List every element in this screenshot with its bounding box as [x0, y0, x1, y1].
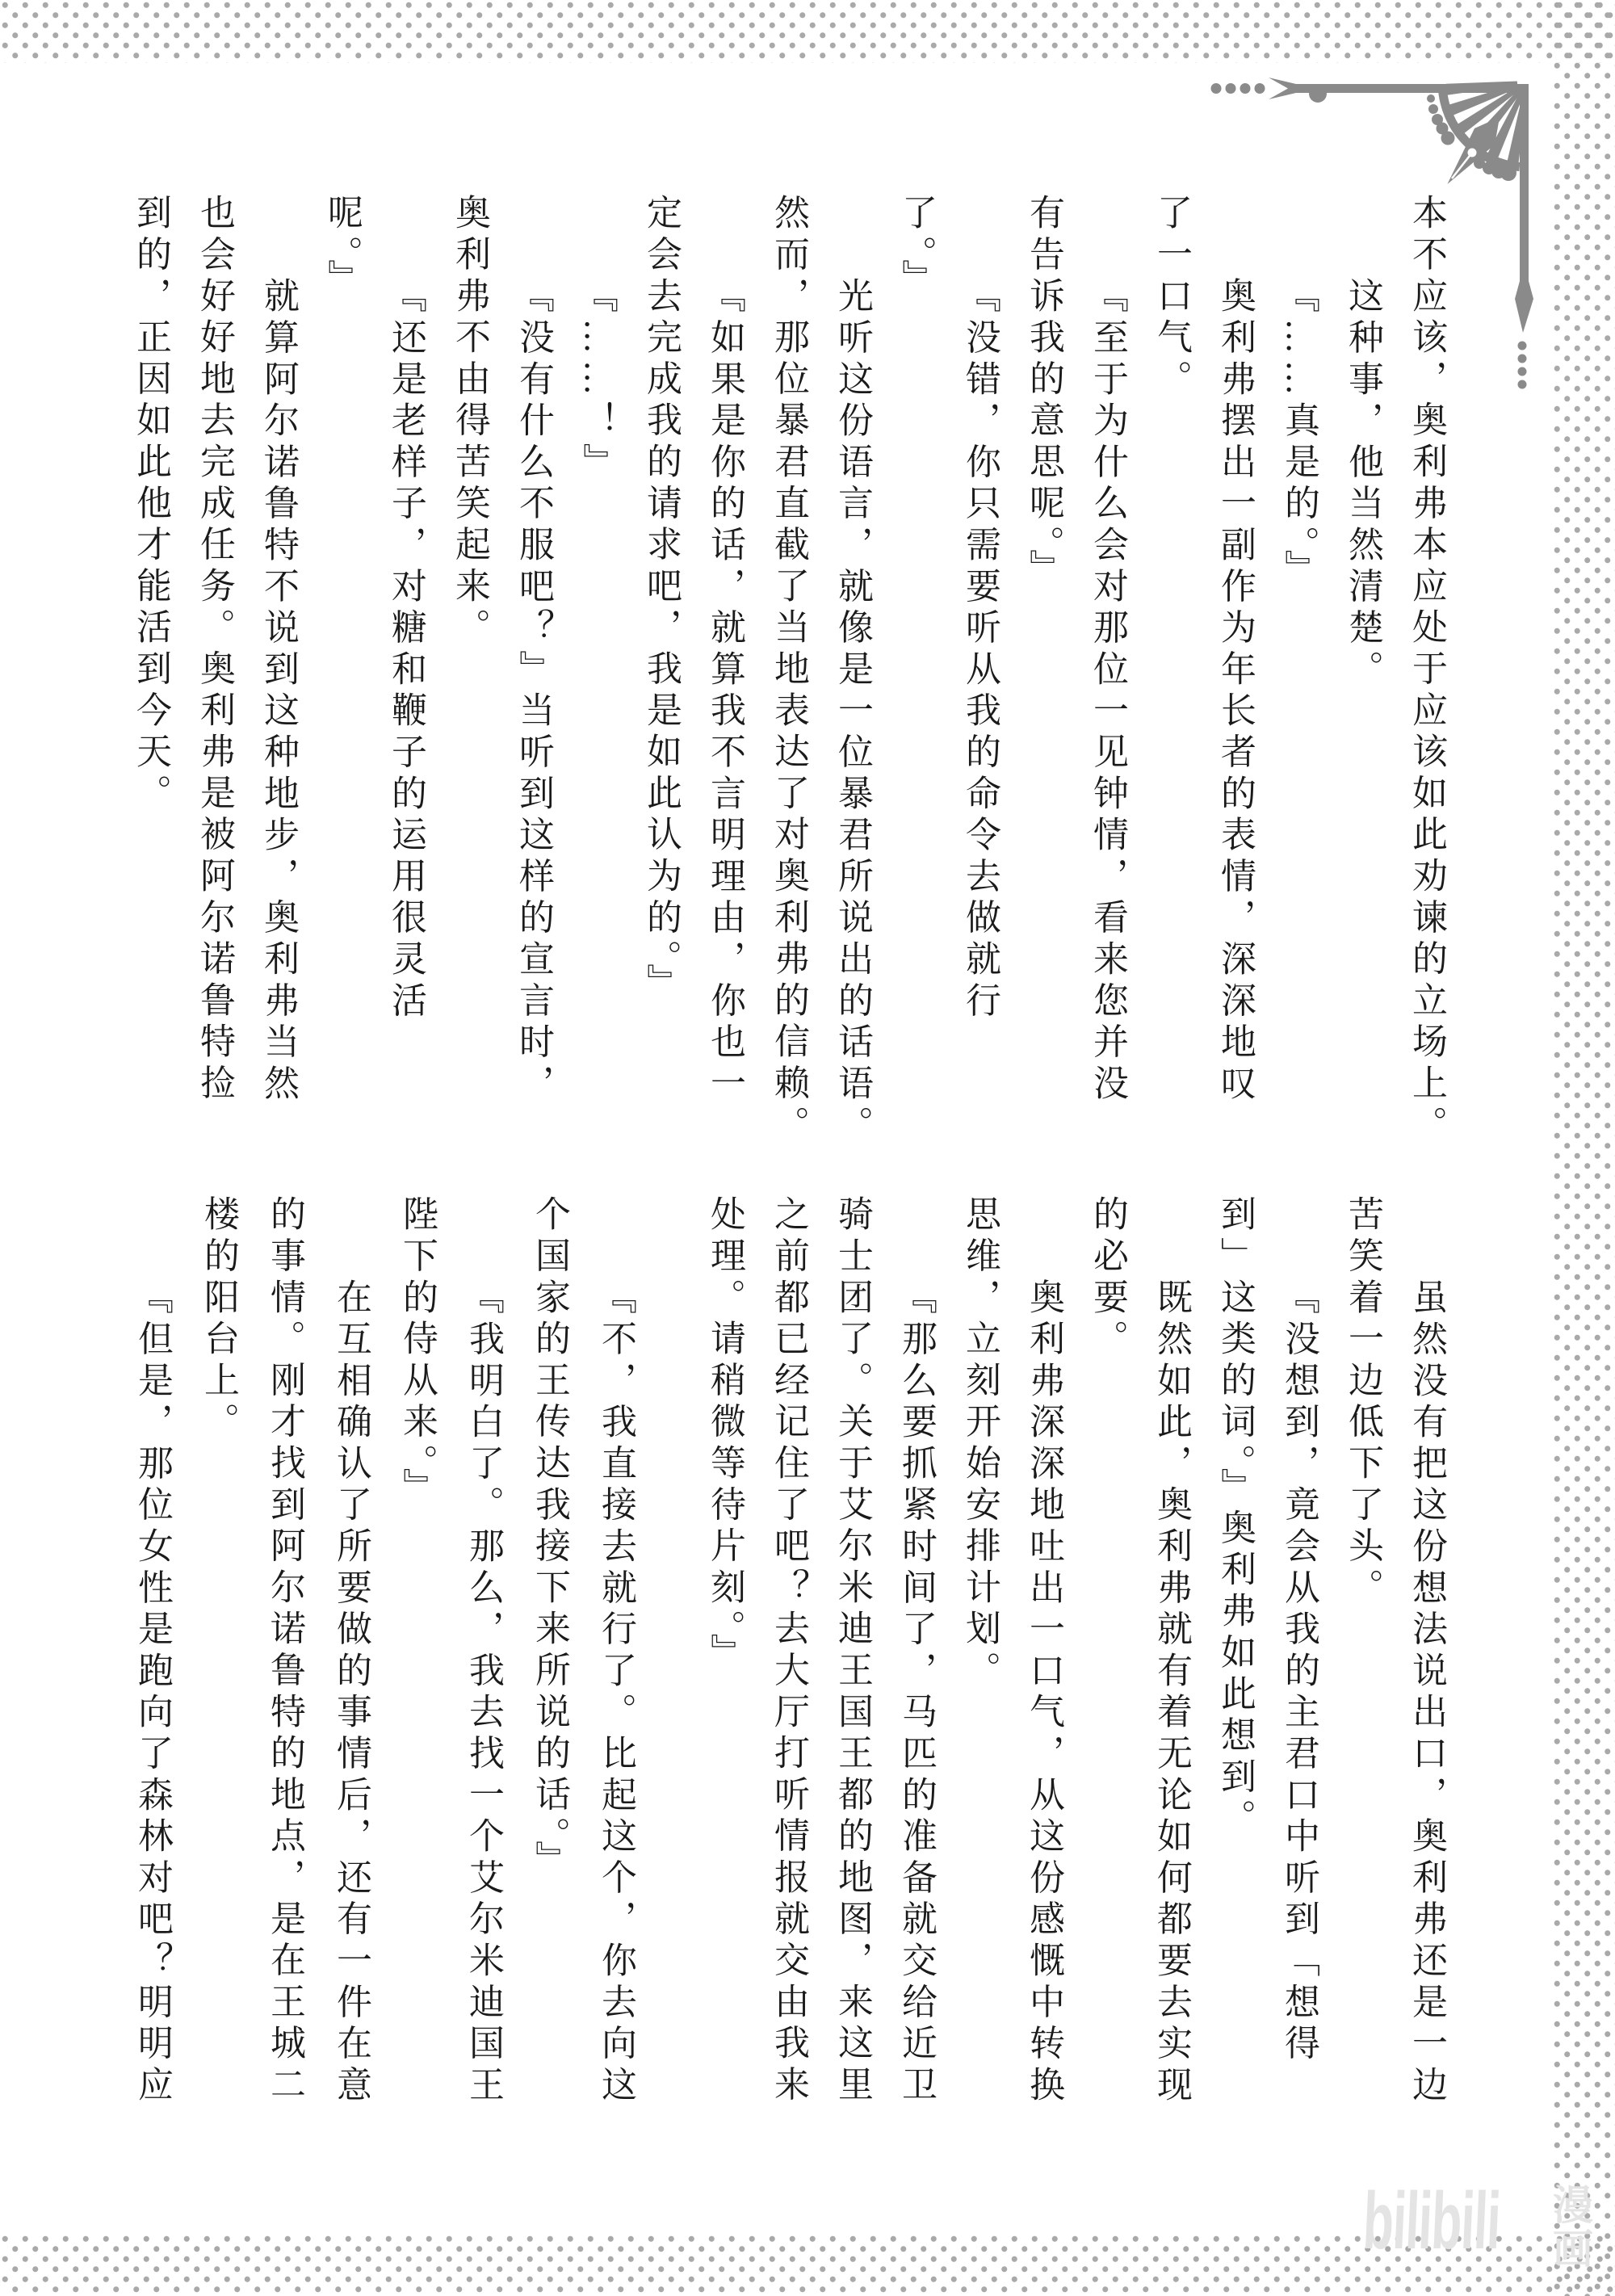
watermark-label: 漫画: [1548, 2184, 1592, 2273]
text-column: 了一口气。: [1139, 194, 1203, 1161]
text-column: 的必要。: [1076, 1195, 1139, 2163]
text-column: 『……！』: [565, 194, 629, 1161]
text-column: 虽然没有把这份想法说出口，奥利弗还是一边: [1395, 1195, 1458, 2163]
text-column: 到的，正因如此他才能活到今天。: [119, 194, 182, 1161]
text-column: 『没有什么不服吧？』当听到这样的宣言时，: [501, 194, 565, 1161]
text-column: 定会去完成我的请求吧，我是如此认为的。』: [629, 194, 693, 1161]
text-column: 个国家的王传达我接下来所说的话。』: [516, 1195, 582, 2163]
text-column: 之前都已经记住了吧？去大厅打听情报就交由我来: [757, 1195, 820, 2163]
text-column: 『没想到，竟会从我的主君口中听到「想得: [1267, 1195, 1331, 2163]
lower-text-block-right: 虽然没有把这份想法说出口，奥利弗还是一边 苦笑着一边低下了头。 『没想到，竟会从…: [693, 1195, 1458, 2163]
text-column: 这种事，他当然清楚。: [1331, 194, 1395, 1161]
bilibili-watermark: bilibili 漫画: [1361, 2181, 1604, 2281]
text-column: 楼的阳台上。: [185, 1195, 251, 2163]
text-column: 的事情。刚才找到阿尔诺鲁特的地点，是在王城二: [251, 1195, 317, 2163]
text-column: 思维，立刻开始安排计划。: [948, 1195, 1012, 2163]
text-column: 呢。』: [310, 194, 374, 1161]
text-column: 本不应该，奥利弗本应处于应该如此劝谏的立场上。: [1395, 194, 1458, 1161]
text-column: 『那么要抓紧时间了，马匹的准备就交给近卫: [884, 1195, 948, 2163]
text-column: 然而，那位暴君直截了当地表达了对奥利弗的信赖。: [757, 194, 820, 1161]
text-column: 苦笑着一边低下了头。: [1331, 1195, 1395, 2163]
text-column: 光听这份语言，就像是一位暴君所说出的话语。: [820, 194, 884, 1161]
text-column: 『还是老样子，对糖和鞭子的运用很灵活: [374, 194, 438, 1161]
text-column: 奥利弗不由得苦笑起来。: [438, 194, 501, 1161]
dot-border-right: [1552, 0, 1615, 2296]
text-column: 『不，我直接去就行了。比起这个，你去向这: [582, 1195, 648, 2163]
upper-text-block: 本不应该，奥利弗本应处于应该如此劝谏的立场上。 这种事，他当然清楚。 『……真是…: [119, 194, 1458, 1161]
text-column: 就算阿尔诺鲁特不说到这种地步，奥利弗当然: [246, 194, 310, 1161]
text-column: 了。』: [884, 194, 948, 1161]
text-column: 『但是，那位女性是跑向了森林对吧？明明应: [119, 1195, 185, 2163]
text-column: 『如果是你的话，就算我不言明理由，你也一: [693, 194, 757, 1161]
text-column: 『我明白了。那么，我去找一个艾尔米迪国王: [450, 1195, 516, 2163]
text-column: 骑士团了。关于艾尔米迪王国王都的地图，来这里: [820, 1195, 884, 2163]
text-column: 陛下的侍从来。』: [384, 1195, 450, 2163]
text-column: 『……真是的。』: [1267, 194, 1331, 1161]
text-column: 在互相确认了所要做的事情后，还有一件在意: [317, 1195, 384, 2163]
text-column: 奥利弗摆出一副作为年长者的表情，深深地叹: [1203, 194, 1267, 1161]
text-column: 『没错，你只需要听从我的命令去做就行: [948, 194, 1012, 1161]
text-column: 『至于为什么会对那位一见钟情，看来您并没: [1076, 194, 1139, 1161]
lower-text-block-left: 『不，我直接去就行了。比起这个，你去向这 个国家的王传达我接下来所说的话。』 『…: [119, 1195, 648, 2163]
text-column: 处理。请稍微等待片刻。』: [693, 1195, 757, 2163]
text-column: 既然如此，奥利弗就有着无论如何都要去实现: [1139, 1195, 1203, 2163]
text-column: 也会好好地去完成任务。奥利弗是被阿尔诺鲁特捡: [182, 194, 246, 1161]
text-column: 有告诉我的意思呢。』: [1012, 194, 1076, 1161]
text-column: 奥利弗深深地吐出一口气，从这份感慨中转换: [1012, 1195, 1076, 2163]
text-column: 到」这类的词。』奥利弗如此想到。: [1203, 1195, 1267, 2163]
dot-border-top: [0, 0, 1615, 63]
bilibili-logo: bilibili: [1361, 2181, 1502, 2261]
novel-page: 本不应该，奥利弗本应处于应该如此劝谏的立场上。 这种事，他当然清楚。 『……真是…: [0, 0, 1615, 2296]
